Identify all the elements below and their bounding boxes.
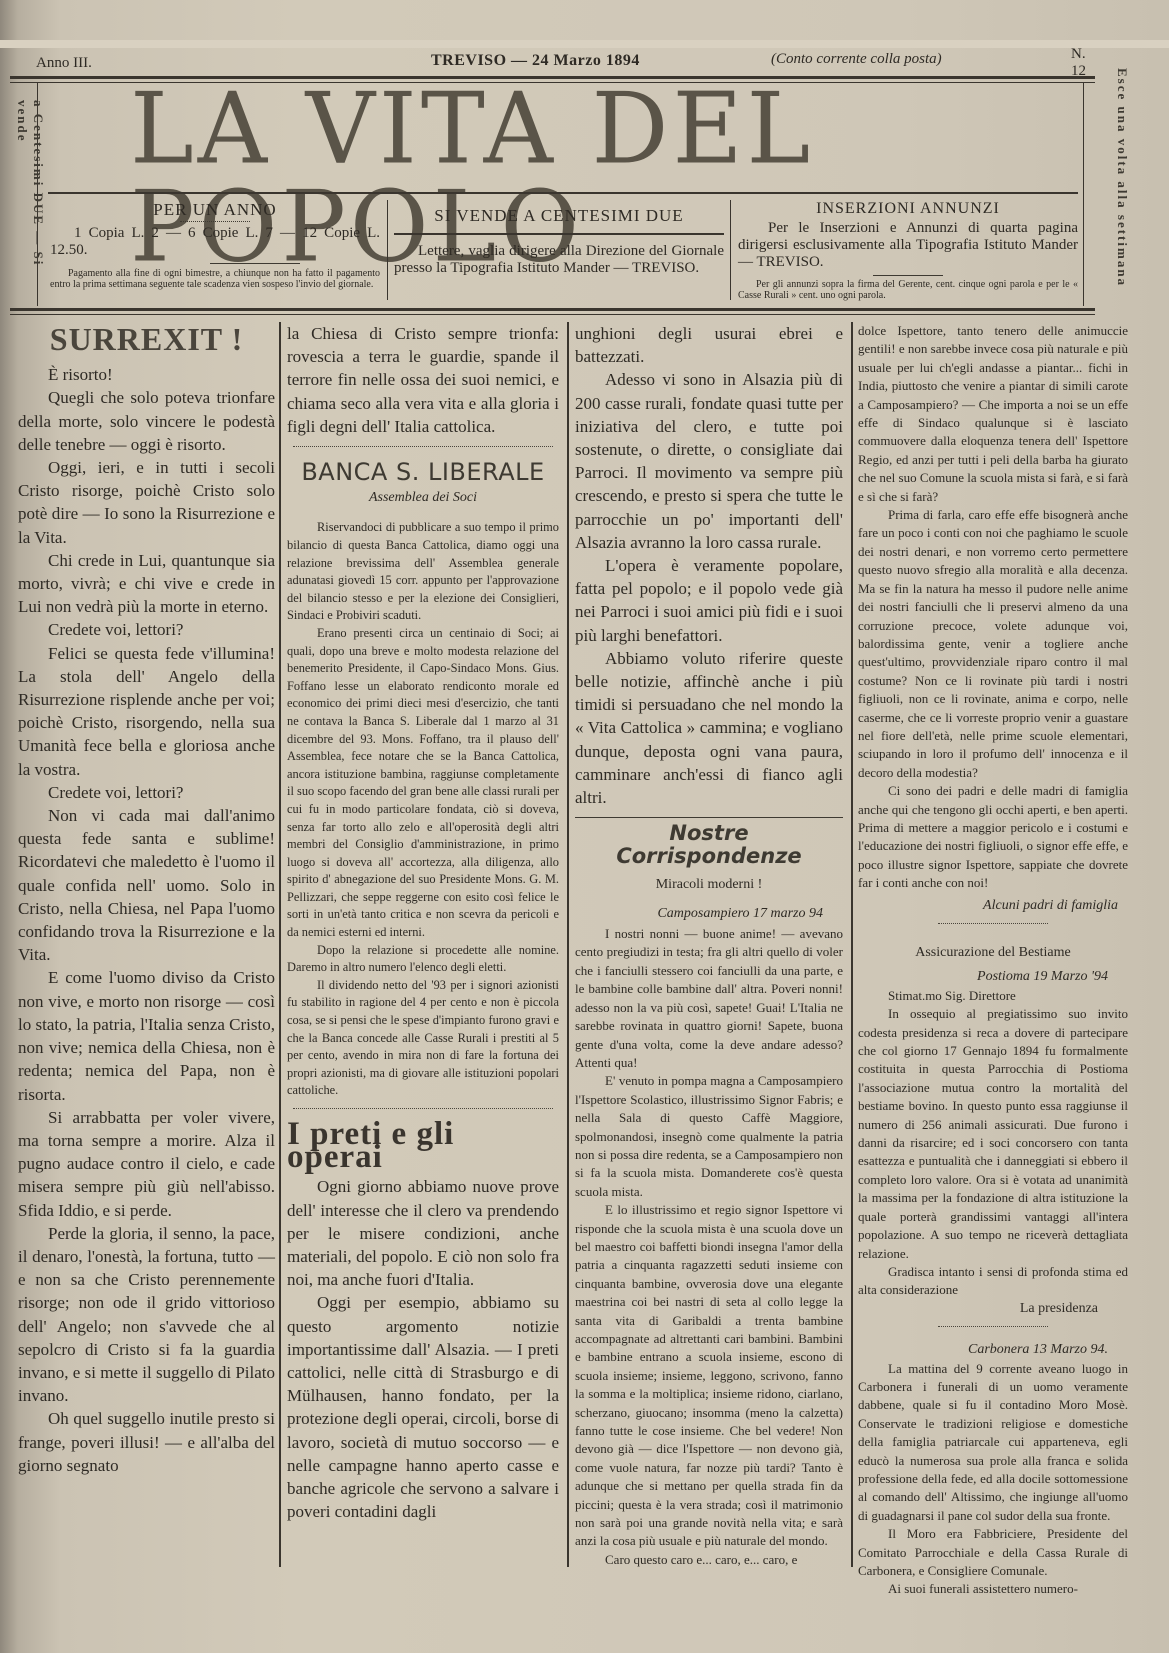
paragraph-continuation: dolce Ispettore, tanto tenero delle anim… <box>858 322 1128 506</box>
paragraph: Caro questo caro e... caro, e... caro, e <box>575 1551 843 1569</box>
section-divider <box>293 446 553 453</box>
headline-surrexit: SURREXIT ! <box>18 328 275 351</box>
paragraph: Oggi, ieri, e in tutti i secoli Cristo r… <box>18 456 275 549</box>
headline-banca: BANCA S. LIBERALE <box>287 461 559 484</box>
title-rule <box>48 192 1078 194</box>
paragraph: Dopo la relazione si procedette alle nom… <box>287 942 559 977</box>
headline-corrispondenze: Nostre Corrispondenze <box>575 822 843 868</box>
price-title: SI VENDE A CENTESIMI DUE <box>394 206 724 226</box>
headline-assicurazione: Assicurazione del Bestiame <box>858 944 1128 962</box>
subhead-assemblea: Assemblea dei Soci <box>287 486 559 509</box>
signature-presidenza: La presidenza <box>858 1300 1128 1318</box>
salutation: Stimat.mo Sig. Direttore <box>858 987 1128 1005</box>
ads-note: Per gli annunzi sopra la firma del Geren… <box>738 279 1078 301</box>
subscription-title: PER UN ANNO <box>50 200 380 220</box>
paragraph: Gradisca intanto i sensi di profonda sti… <box>858 1263 1128 1300</box>
divider <box>210 263 300 264</box>
ads-box: INSERZIONI ANNUNZI Per le Inserzioni e A… <box>738 200 1078 305</box>
paragraph: Felici se questa fede v'illumina! La sto… <box>18 642 275 781</box>
ads-title: INSERZIONI ANNUNZI <box>738 200 1078 218</box>
paragraph: Ai suoi funerali assistettero numero- <box>858 1580 1128 1598</box>
column-1: SURREXIT ! È risorto! Quegli che solo po… <box>18 322 275 1477</box>
price-body: Lettere, vaglia dirigere alla Direzione … <box>394 243 724 277</box>
side-slogan-right: Esce una volta alla settimana <box>1100 68 1130 298</box>
paragraph: Si arrabbatta per voler vivere, ma torna… <box>18 1106 275 1222</box>
dateline-camposampiero: Camposampiero 17 marzo 94 <box>575 902 843 925</box>
column-2: la Chiesa di Cristo sempre trionfa: rove… <box>287 322 559 1523</box>
dateline: TREVISO — 24 Marzo 1894 <box>431 52 640 70</box>
subscription-box: PER UN ANNO 1 Copia L. 2 — 6 Copie L. 7 … <box>50 200 380 305</box>
column-3: unghioni degli usurai ebrei e battezzati… <box>575 322 843 1569</box>
headline-preti: I preti e gli operai <box>287 1123 559 1169</box>
section-divider <box>938 923 1048 930</box>
paragraph: Credete voi, lettori? <box>18 618 275 641</box>
paragraph: Perde la gloria, il senno, la pace, il d… <box>18 1222 275 1408</box>
signature-padri: Alcuni padri di famiglia <box>858 897 1128 915</box>
dateline-carbonera: Carbonera 13 Marzo 94. <box>858 1341 1128 1359</box>
masthead-border-right <box>1083 82 1084 306</box>
ads-body: Per le Inserzioni e Annunzi di quarta pa… <box>738 220 1078 271</box>
paragraph: L'opera è veramente popolare, fatta pel … <box>575 554 843 647</box>
paragraph-continuation: unghioni degli usurai ebrei e battezzati… <box>575 322 843 368</box>
paragraph-continuation: la Chiesa di Cristo sempre trionfa: rove… <box>287 322 559 438</box>
subscription-note: Pagamento alla fine di ogni bimestre, a … <box>50 268 380 290</box>
masthead-rule-bottom-thin <box>10 314 1095 315</box>
section-divider <box>938 1326 1048 1333</box>
column-rule-2 <box>567 322 569 1567</box>
paragraph: E lo illustrissimo et regio signor Ispet… <box>575 1201 843 1551</box>
paragraph: Prima di farla, caro effe effe bisognerà… <box>858 506 1128 782</box>
paragraph: Riservandoci di pubblicare a suo tempo i… <box>287 519 559 625</box>
issue-number: N. 12 <box>1071 46 1096 80</box>
masthead-rule-bottom <box>10 308 1095 311</box>
paragraph: Oh quel suggello inutile presto si frang… <box>18 1407 275 1477</box>
paragraph: Oggi per esempio, abbiamo su questo argo… <box>287 1291 559 1523</box>
box-divider-2 <box>730 200 731 300</box>
volume-year: Anno III. <box>36 55 92 72</box>
paragraph: E come l'uomo diviso da Cristo non vive,… <box>18 966 275 1105</box>
box-divider-1 <box>387 200 388 300</box>
paragraph: E' venuto in pompa magna a Camposampiero… <box>575 1072 843 1201</box>
paragraph: Adesso vi sono in Alsazia più di 200 cas… <box>575 368 843 554</box>
newspaper-page: Anno III. TREVISO — 24 Marzo 1894 (Conto… <box>0 0 1169 1653</box>
page-edge <box>0 40 1169 48</box>
paragraph: Il Moro era Fabbriciere, Presidente del … <box>858 1525 1128 1580</box>
subhead-miracoli: Miracoli moderni ! <box>575 873 843 896</box>
paragraph: Non vi cada mai dall'animo questa fede s… <box>18 804 275 966</box>
divider <box>394 233 724 235</box>
paragraph: È risorto! <box>18 363 275 386</box>
masthead-info-row: Anno III. TREVISO — 24 Marzo 1894 (Conto… <box>36 50 1096 72</box>
side-slogan-left: a Centesimi DUE — Si vende <box>6 100 46 300</box>
paragraph: I nostri nonni — buone anime! — avevano … <box>575 925 843 1072</box>
paragraph: Ci sono dei padri e delle madri di famig… <box>858 782 1128 892</box>
section-divider <box>293 1108 553 1115</box>
column-rule-3 <box>851 322 853 1567</box>
divider <box>873 275 943 276</box>
paragraph: Credete voi, lettori? <box>18 781 275 804</box>
dateline-postioma: Postioma 19 Marzo '94 <box>858 968 1128 986</box>
section-divider <box>575 817 843 818</box>
subscription-prices: 1 Copia L. 2 — 6 Copie L. 7 — 12 Copie L… <box>50 225 380 259</box>
paragraph: Erano presenti circa un centinaio di Soc… <box>287 625 559 942</box>
ornament <box>180 221 250 222</box>
price-box: SI VENDE A CENTESIMI DUE Lettere, vaglia… <box>394 200 724 305</box>
paragraph: Quegli che solo poteva trionfare della m… <box>18 386 275 456</box>
column-4: dolce Ispettore, tanto tenero delle anim… <box>858 322 1128 1599</box>
paragraph: Abbiamo voluto riferire queste belle not… <box>575 647 843 809</box>
column-rule-1 <box>279 322 281 1567</box>
paragraph: Chi crede in Lui, quantunque sia morto, … <box>18 549 275 619</box>
postal-note: (Conto corrente colla posta) <box>771 51 942 68</box>
paragraph: Ogni giorno abbiamo nuove prove dell' in… <box>287 1175 559 1291</box>
paragraph: Il dividendo netto del '93 per i signori… <box>287 977 559 1100</box>
paragraph: In ossequio al pregiatissimo suo invito … <box>858 1005 1128 1263</box>
paragraph: La mattina del 9 corrente aveano luogo i… <box>858 1360 1128 1526</box>
